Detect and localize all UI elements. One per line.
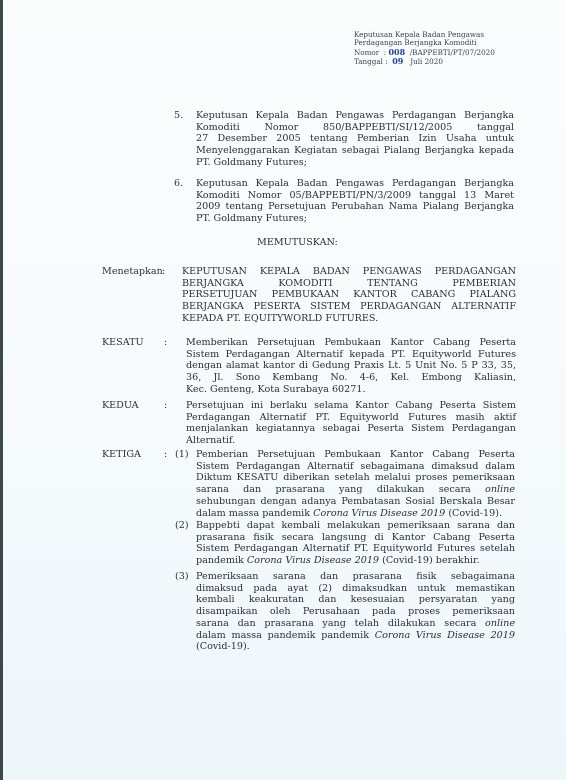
text-line: KEPUTUSAN KEPALA BADAN PENGAWAS PERDAGAN… bbox=[182, 266, 516, 278]
ayat-number: (1) bbox=[175, 449, 189, 461]
text-line: Memberikan Persetujuan Pembukaan Kantor … bbox=[186, 337, 516, 349]
tanggal-label: Tanggal bbox=[354, 57, 383, 66]
header-reference: Keputusan Kepala Badan Pengawas Perdagan… bbox=[354, 31, 495, 67]
text-line: 36, Jl. Sono Kembang No. 4-6, Kel. Embon… bbox=[186, 372, 516, 384]
text-line: dengan alamat kantor di Gedung Praxis Lt… bbox=[186, 360, 516, 372]
nomor-label: Nomor bbox=[354, 48, 379, 57]
menetapkan-label: Menetapkan bbox=[102, 266, 164, 278]
text-line: PT. Goldmany Futures; bbox=[196, 157, 514, 169]
kesatu-label: KESATU bbox=[102, 337, 164, 349]
text-line: disampaikan oleh Perusahaan pada proses … bbox=[196, 606, 515, 618]
text-line: sarana dan prasarana yang dilakukan seca… bbox=[196, 484, 515, 496]
ayat-body: Pemberian Persetujuan Pembukaan Kantor C… bbox=[196, 449, 515, 519]
ketiga-ayat-1: (1) Pemberian Persetujuan Pembukaan Kant… bbox=[175, 449, 515, 519]
kedua-content: Persetujuan ini berlaku selama Kantor Ca… bbox=[186, 400, 516, 447]
text-line: 27 Desember 2005 tentang Pemberian Izin … bbox=[196, 133, 514, 145]
text-line: Sistem Perdagangan Alternatif sebagaiman… bbox=[196, 461, 515, 473]
text-line: BERJANGKA PESERTA SISTEM PERDAGANGAN ALT… bbox=[182, 301, 516, 313]
text-line: Pemberian Persetujuan Pembukaan Kantor C… bbox=[196, 449, 515, 461]
consideration-number: 5. bbox=[174, 110, 190, 122]
tanggal-suffix: Juli 2020 bbox=[410, 57, 443, 66]
tanggal-stamp: 09 bbox=[392, 56, 403, 66]
text-line: Perdagangan Alternatif PT. Equityworld F… bbox=[186, 412, 516, 424]
text-line: Menyelenggarakan Kegiatan sebagai Pialan… bbox=[196, 145, 514, 157]
consideration-6: 6. Keputusan Kepala Badan Pengawas Perda… bbox=[174, 178, 514, 225]
decision-heading: MEMUTUSKAN: bbox=[257, 237, 338, 248]
text-line: prasarana fisik secara langsung di Kanto… bbox=[196, 532, 515, 544]
consideration-body: Keputusan Kepala Badan Pengawas Perdagan… bbox=[196, 110, 514, 169]
text-line: dalam massa pandemik pandemik Corona Vir… bbox=[196, 630, 515, 642]
text-line: Sistem Perdagangan Alternatif PT. Equity… bbox=[196, 543, 515, 555]
ayat-number: (3) bbox=[175, 571, 189, 583]
text-line: PERSETUJUAN PEMBUKAAN KANTOR CABANG PIAL… bbox=[182, 289, 516, 301]
ayat-body: Pemeriksaan sarana dan prasarana fisik s… bbox=[196, 571, 515, 653]
text-line: Keputusan Kepala Badan Pengawas Perdagan… bbox=[196, 178, 514, 190]
nomor-suffix: /BAPPEBTI/PT/07/2020 bbox=[410, 48, 495, 57]
menetapkan-content: KEPUTUSAN KEPALA BADAN PENGAWAS PERDAGAN… bbox=[182, 266, 516, 325]
text-line: pandemik Corona Virus Disease 2019 (Covi… bbox=[196, 555, 515, 567]
kedua-label: KEDUA bbox=[102, 400, 164, 412]
text-line: Pemeriksaan sarana dan prasarana fisik s… bbox=[196, 571, 515, 583]
text-line: sarana dan prasarana yang telah dilakuka… bbox=[196, 618, 515, 630]
consideration-5: 5. Keputusan Kepala Badan Pengawas Perda… bbox=[174, 110, 514, 169]
text-line: Alternatif. bbox=[186, 435, 516, 447]
text-line: PT. Goldmany Futures; bbox=[196, 213, 514, 225]
text-line: sehubungan dengan adanya Pembatasan Sosi… bbox=[196, 496, 515, 508]
text-line: Komoditi Nomor 850/BAPPEBTI/SI/12/2005 t… bbox=[196, 122, 514, 134]
text-line: (Covid-19). bbox=[196, 641, 515, 653]
consideration-number: 6. bbox=[174, 178, 190, 190]
ayat-body: Bappebti dapat kembali melakukan pemerik… bbox=[196, 520, 515, 567]
text-line: BERJANGKA KOMODITI TENTANG PEMBERIAN bbox=[182, 278, 516, 290]
text-line: Diktum KESATU diberikan setelah melalui … bbox=[196, 472, 515, 484]
ketiga-label: KETIGA bbox=[102, 449, 164, 461]
header-ref-tanggal: Tanggal : 09 Juli 2020 bbox=[354, 57, 495, 66]
consideration-body: Keputusan Kepala Badan Pengawas Perdagan… bbox=[196, 178, 514, 225]
header-ref-nomor: Nomor : 008 /BAPPEBTI/PT/07/2020 bbox=[354, 48, 495, 57]
text-line: KEPADA PT. EQUITYWORLD FUTURES. bbox=[182, 313, 516, 325]
ketiga-colon: : bbox=[164, 449, 167, 461]
text-line: Keputusan Kepala Badan Pengawas Perdagan… bbox=[196, 110, 514, 122]
text-line: Kec. Genteng, Kota Surabaya 60271. bbox=[186, 384, 516, 396]
text-line: dimaksud pada ayat (2) dimaksudkan untuk… bbox=[196, 583, 515, 595]
text-line: Sistem Perdagangan Alternatif kepada PT.… bbox=[186, 349, 516, 361]
ayat-number: (2) bbox=[175, 520, 189, 532]
text-line: dalam massa pandemik Corona Virus Diseas… bbox=[196, 508, 515, 520]
kedua-colon: : bbox=[164, 400, 167, 412]
header-ref-line2: Perdagangan Berjangka Komoditi bbox=[354, 39, 495, 47]
ketiga-ayat-2: (2) Bappebti dapat kembali melakukan pem… bbox=[175, 520, 515, 567]
kesatu-content: Memberikan Persetujuan Pembukaan Kantor … bbox=[186, 337, 516, 396]
ketiga-ayat-3: (3) Pemeriksaan sarana dan prasarana fis… bbox=[175, 571, 515, 653]
text-line: Bappebti dapat kembali melakukan pemerik… bbox=[196, 520, 515, 532]
text-line: 2009 tentang Persetujuan Perubahan Nama … bbox=[196, 201, 514, 213]
kesatu-colon: : bbox=[164, 337, 167, 349]
text-line: Persetujuan ini berlaku selama Kantor Ca… bbox=[186, 400, 516, 412]
text-line: menjalankan kegiatannya sebagai Peserta … bbox=[186, 423, 516, 435]
text-line: kembali keakuratan dan kesesuaian persya… bbox=[196, 594, 515, 606]
menetapkan-colon: : bbox=[162, 266, 165, 278]
text-line: Komoditi Nomor 05/BAPPEBTI/PN/3/2009 tan… bbox=[196, 190, 514, 202]
